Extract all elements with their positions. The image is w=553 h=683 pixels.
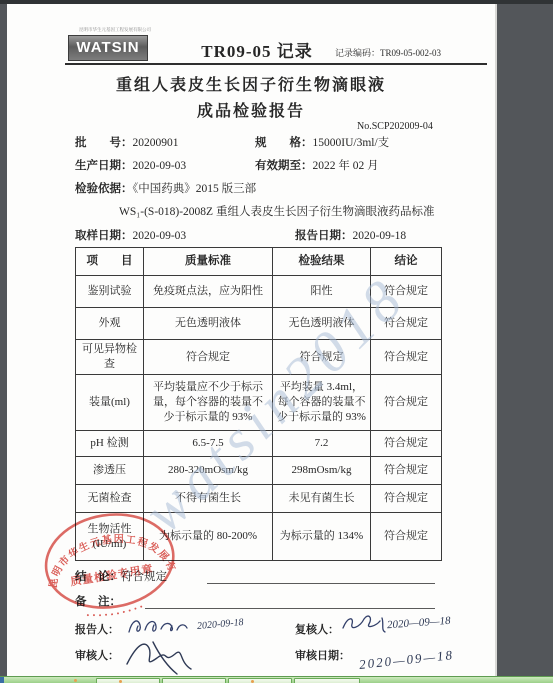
table-row: pH 检测 6.5-7.5 7.2 符合规定 (76, 431, 442, 457)
record-code-label: 记录编码： (335, 48, 380, 58)
form-title: TR09-05 记录 (147, 37, 367, 62)
cell-result: 为标示量的 134% (273, 513, 371, 561)
cell-conclusion: 符合规定 (371, 340, 442, 375)
cell-item: 渗透压 (76, 457, 144, 485)
reporter-date-handwriting: 2020-09-18 (197, 617, 244, 632)
field-basis-line2: WS₁-(S-018)-2008Z 重组人表皮生长因子衍生物滴眼液药品标准 (119, 203, 434, 219)
field-report-date: 报告日期：2020-09-18 (295, 227, 406, 243)
cell-standard: 平均装量应不少于标示量，每个容器的装量不少于标示量的 93% (144, 375, 273, 431)
document-title-line1: 重组人表皮生长因子衍生物滴眼液 (7, 72, 495, 95)
report-date-label: 报告日期： (295, 230, 353, 242)
taskbar-button[interactable] (162, 678, 226, 683)
report-date-value: 2020-09-18 (353, 230, 407, 242)
table-row: 鉴别试验 免疫斑点法，应为阳性 阳性 符合规定 (76, 276, 442, 308)
cell-conclusion: 符合规定 (371, 276, 442, 308)
basis-label: 检验依据： (75, 183, 133, 195)
cell-item: pH 检测 (76, 431, 144, 457)
audit-date-label: 审核日期： (295, 647, 350, 663)
cell-result: 7.2 (273, 431, 371, 457)
header-divider (65, 63, 487, 65)
cell-result: 未见有菌生长 (273, 485, 371, 513)
cell-conclusion: 符合规定 (371, 308, 442, 340)
audit-date-handwriting: 2020—09—18 (358, 647, 454, 673)
taskbar[interactable] (0, 676, 553, 683)
cell-conclusion: 符合规定 (371, 431, 442, 457)
taskbar-button[interactable] (96, 678, 160, 683)
cell-result: 无色透明液体 (273, 308, 371, 340)
cell-standard: 6.5-7.5 (144, 431, 273, 457)
table-row: 装量(ml) 平均装量应不少于标示量，每个容器的装量不少于标示量的 93% 平均… (76, 375, 442, 431)
auditor-label: 审核人： (75, 647, 119, 663)
taskbar-button[interactable] (294, 678, 360, 683)
cell-standard: 符合规定 (144, 340, 273, 375)
expiry-label: 有效期至： (255, 160, 313, 172)
conclusion-underline (207, 582, 435, 584)
cell-result: 平均装量 3.4ml，每个容器的装量不少于标示量的 93% (273, 375, 371, 431)
prod-date-value: 2020-09-03 (133, 160, 187, 172)
cell-result: 阳性 (273, 276, 371, 308)
col-header-standard: 质量标准 (144, 248, 273, 276)
expiry-value: 2022 年 02 月 (313, 160, 379, 172)
col-header-conclusion: 结论 (371, 248, 442, 276)
table-header-row: 项 目 质量标准 检验结果 结论 (76, 248, 442, 276)
spec-label: 规 格： (255, 137, 313, 149)
cell-standard: 无色透明液体 (144, 308, 273, 340)
field-sample-date: 取样日期：2020-09-03 (75, 227, 186, 243)
col-header-item: 项 目 (76, 248, 144, 276)
prod-date-label: 生产日期： (75, 160, 133, 172)
batch-value: 20200901 (133, 137, 179, 149)
cell-conclusion: 符合规定 (371, 457, 442, 485)
basis-value: 《中国药典》2015 版三部 (133, 183, 257, 195)
document-title-line2: 成品检验报告 (7, 98, 495, 121)
reviewer-signature (340, 612, 388, 636)
logo-company-text: 昆明市华生元基因工程发展有限公司 (67, 27, 163, 32)
cell-result: 符合规定 (273, 340, 371, 375)
logo-wordmark: WATSIN (76, 39, 139, 56)
spec-value: 15000IU/3ml/支 (313, 137, 390, 149)
document-page: watsin2018 昆明市华生元基因工程发展有限公司 WATSIN TR09-… (7, 4, 497, 676)
cell-item: 可见异物检查 (76, 340, 144, 375)
cell-standard: 免疫斑点法，应为阳性 (144, 276, 273, 308)
start-button-sliver[interactable] (0, 677, 4, 683)
sample-date-value: 2020-09-03 (133, 230, 187, 242)
field-expiry: 有效期至：2022 年 02 月 (255, 157, 379, 173)
auditor-signature (119, 634, 219, 676)
reviewer-label: 复核人： (295, 621, 339, 637)
batch-label: 批 号： (75, 137, 133, 149)
remarks-underline (145, 607, 435, 609)
field-spec: 规 格：15000IU/3ml/支 (255, 134, 389, 150)
cell-conclusion: 符合规定 (371, 375, 442, 431)
sample-date-label: 取样日期： (75, 230, 133, 242)
field-prod-date: 生产日期：2020-09-03 (75, 157, 186, 173)
quality-stamp: 昆明市华生元基因工程发展有限公司 质量检验专用章 (27, 496, 193, 630)
cell-item: 鉴别试验 (76, 276, 144, 308)
cell-conclusion: 符合规定 (371, 513, 442, 561)
basis-line2-value: WS₁-(S-018)-2008Z 重组人表皮生长因子衍生物滴眼液药品标准 (119, 206, 434, 218)
screen: { "header": { "logo_company": "昆明市华生元基因工… (0, 0, 553, 683)
stamp-center-text: 质量检验专用章 (69, 561, 154, 588)
col-header-result: 检验结果 (273, 248, 371, 276)
taskbar-icon-dot (74, 679, 77, 682)
table-row: 外观 无色透明液体 无色透明液体 符合规定 (76, 308, 442, 340)
cell-conclusion: 符合规定 (371, 485, 442, 513)
table-row: 可见异物检查 符合规定 符合规定 符合规定 (76, 340, 442, 375)
report-number: No.SCP202009-04 (357, 121, 433, 132)
watsin-logo: WATSIN (68, 35, 148, 61)
cell-result: 298mOsm/kg (273, 457, 371, 485)
field-basis: 检验依据：《中国药典》2015 版三部 (75, 180, 256, 196)
record-code: 记录编码：TR09-05-002-03 (335, 46, 441, 59)
reviewer-date-handwriting: 2020—09—18 (387, 615, 451, 631)
cell-standard: 280-320mOsm/kg (144, 457, 273, 485)
cell-item: 装量(ml) (76, 375, 144, 431)
field-batch: 批 号：20200901 (75, 134, 179, 150)
record-code-value: TR09-05-002-03 (380, 48, 441, 58)
table-row: 渗透压 280-320mOsm/kg 298mOsm/kg 符合规定 (76, 457, 442, 485)
taskbar-button[interactable] (228, 678, 292, 683)
cell-item: 外观 (76, 308, 144, 340)
